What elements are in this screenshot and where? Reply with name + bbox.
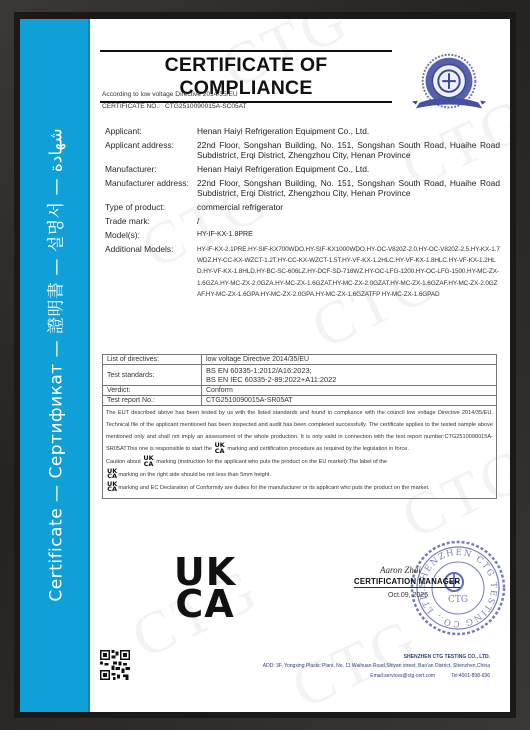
footer-tel: Tel:4001-898-696: [451, 673, 490, 679]
certificate-number: CERTIFICATE NO.:CTG2510090015A-SC05AT: [102, 103, 247, 110]
table-row: Test report No.: CTG2510090015A-SR05AT: [103, 396, 497, 406]
footer: SHENZHEN CTG TESTING CO., LTD. ADD: 3F, …: [263, 653, 490, 681]
footer-address: ADD: 3F, Yongxing Plastic Plant, No. 11 …: [263, 662, 490, 671]
field-product-type: Type of product: commercial refrigerator: [105, 202, 500, 212]
qr-code-icon[interactable]: [100, 650, 130, 680]
footer-email[interactable]: Email:services@ctg-cert.com: [370, 673, 435, 679]
field-manufacturer-address: Manufacturer address: 22nd Floor, Songsh…: [105, 178, 500, 198]
footer-company: SHENZHEN CTG TESTING CO., LTD.: [263, 653, 490, 662]
ukca-mark-icon: UKCA: [143, 456, 153, 467]
directive-reference: According to low voltage Directive 2014/…: [102, 91, 238, 98]
compliance-statement: The EUT described above has been tested …: [103, 406, 497, 499]
certificate-number-label: CERTIFICATE NO.:: [102, 103, 160, 110]
certificate-number-value: CTG2510090015A-SC05AT: [165, 103, 247, 110]
ukca-mark-icon: UKCA: [107, 482, 117, 493]
field-applicant-address: Applicant address: 22nd Floor, Songshan …: [105, 140, 500, 160]
side-strip: Certificate — Сертификат — 證明書 — 설명서 — ش…: [20, 19, 90, 712]
compliance-statement-row: The EUT described above has been tested …: [103, 406, 497, 499]
svg-text:CTG: CTG: [448, 595, 468, 605]
issue-date: Oct.09, 2025: [388, 592, 428, 599]
certificate-fields: Applicant: Henan Haiyi Refrigeration Equ…: [105, 126, 500, 304]
signature: Aaron Zhai: [380, 565, 421, 575]
field-manufacturer: Manufacturer: Henan Haiyi Refrigeration …: [105, 164, 500, 174]
field-models: Model(s): HY-IF-KX-1.8PRE: [105, 230, 500, 240]
svg-text:SHENZHEN CTG TESTING CO., LTD.: SHENZHEN CTG TESTING CO., LTD.: [418, 548, 498, 628]
ukca-logo: UK CA: [165, 556, 245, 620]
company-stamp-icon: SHENZHEN CTG TESTING CO., LTD. CTG: [408, 538, 508, 638]
ukca-mark-icon: UKCA: [107, 469, 117, 480]
table-row: Verdict: Conform: [103, 386, 497, 396]
field-applicant: Applicant: Henan Haiyi Refrigeration Equ…: [105, 126, 500, 136]
table-row: Test standards: BS EN 60335-1:2012/A16:2…: [103, 365, 497, 386]
signatory-title: CERTIFICATION MANAGER: [354, 577, 460, 588]
certification-seal-icon: [410, 46, 488, 124]
certificate-paper: Certificate — Сертификат — 證明書 — 설명서 — ش…: [20, 19, 510, 712]
side-strip-text: Certificate — Сертификат — 證明書 — 설명서 — ش…: [42, 128, 67, 601]
field-trade-mark: Trade mark: /: [105, 216, 500, 226]
field-additional-models: Additional Models: HY-IF-KX-2.1PRE.HY-SI…: [105, 244, 500, 300]
ukca-mark-icon: UKCA: [214, 443, 224, 454]
test-summary-table: List of directives: low voltage Directiv…: [102, 354, 497, 499]
table-row: List of directives: low voltage Directiv…: [103, 355, 497, 365]
